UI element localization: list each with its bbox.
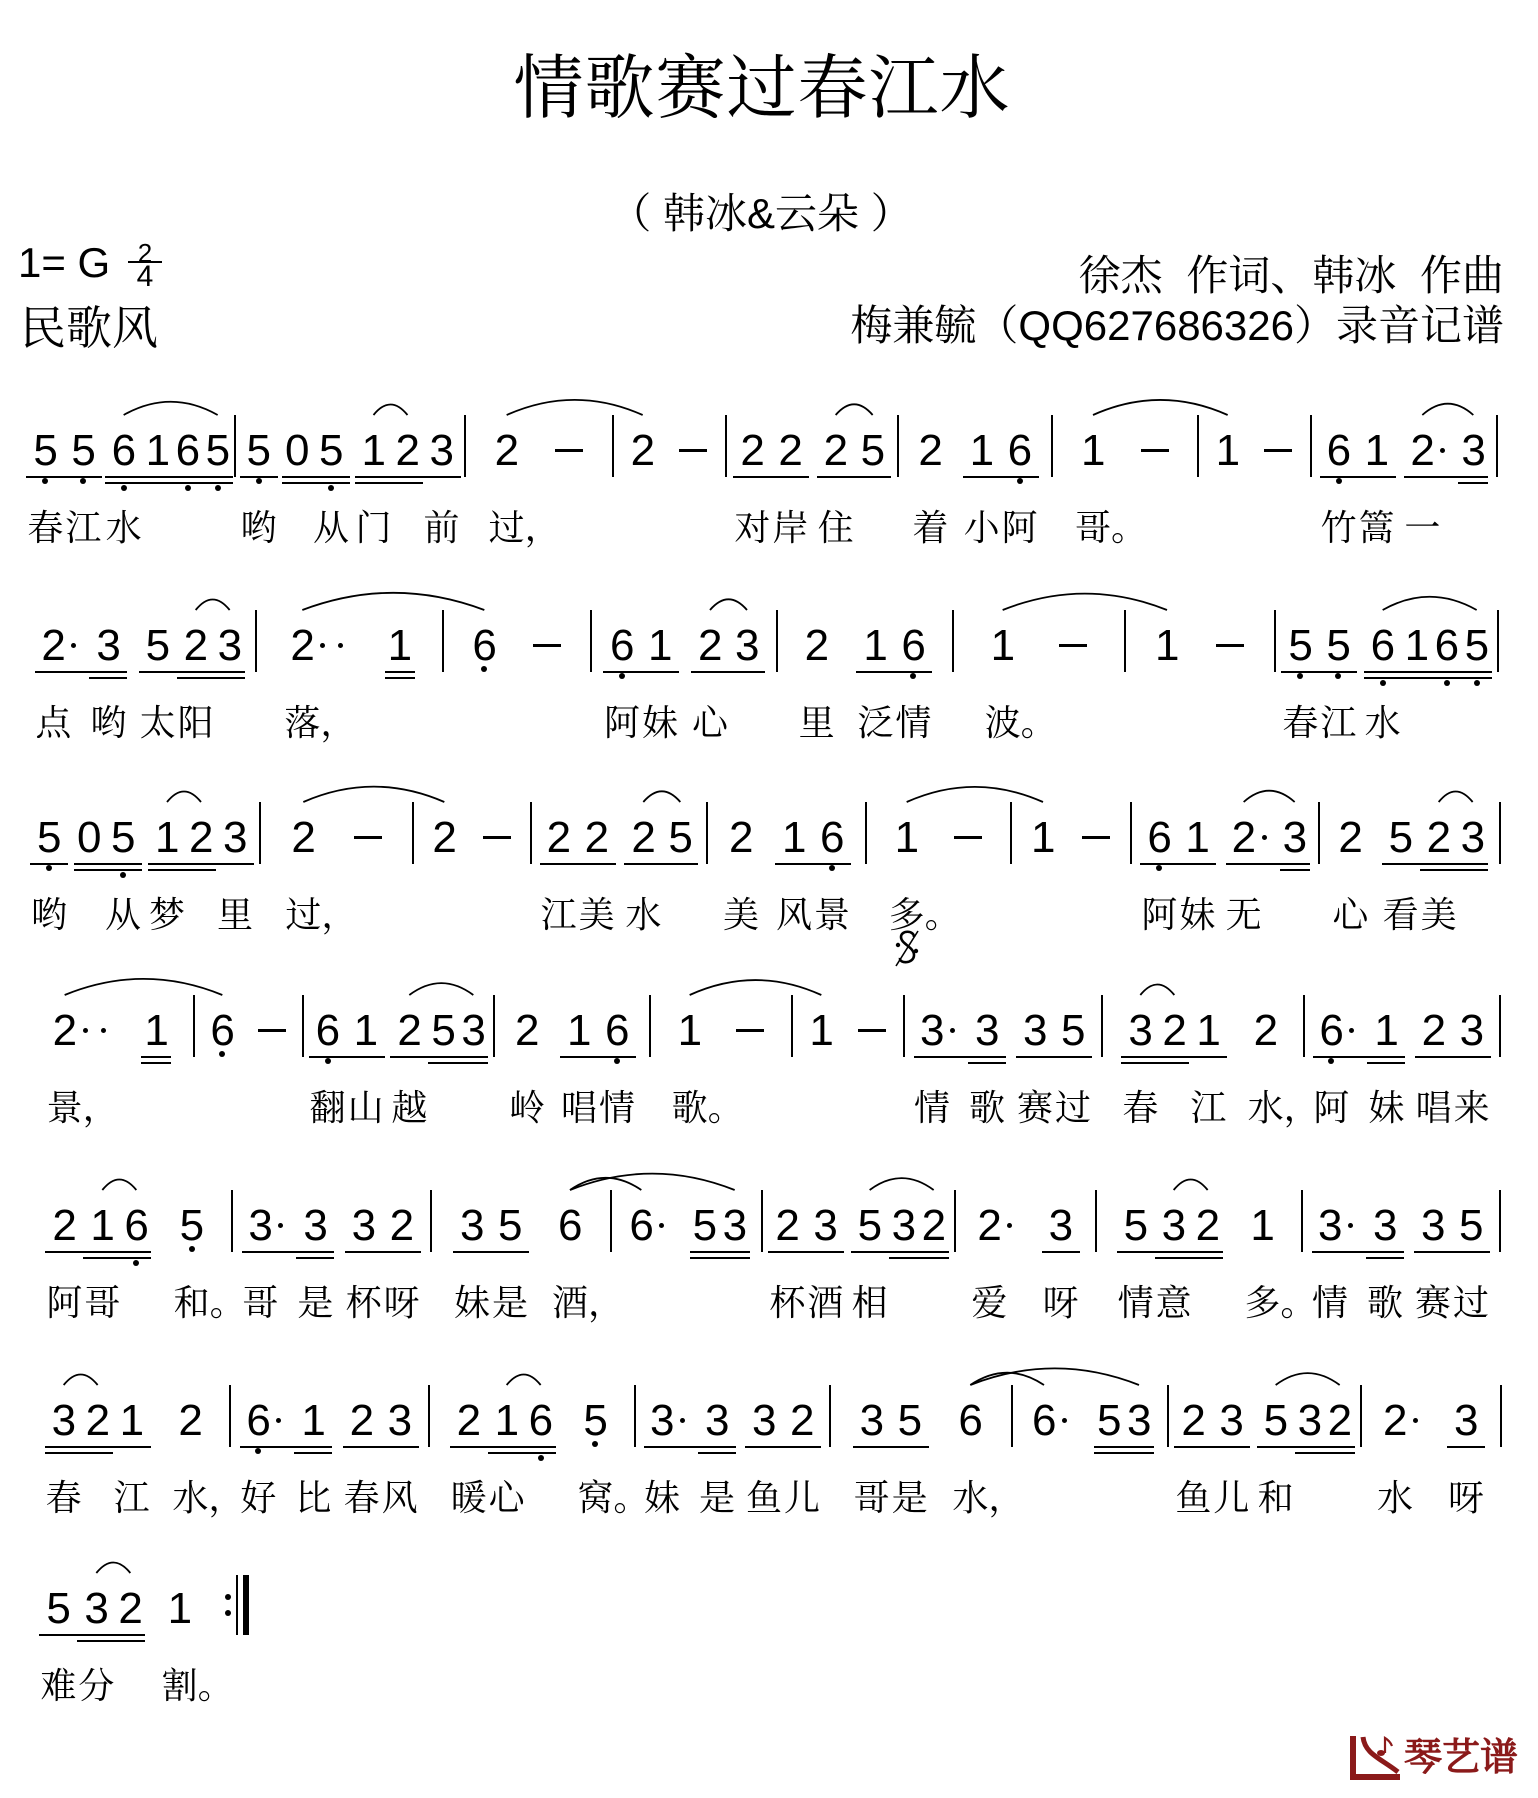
beat-group: 1哥。 bbox=[1074, 429, 1112, 473]
lyric: 阳 bbox=[178, 705, 214, 741]
beat-group: 5窝。 bbox=[576, 1399, 614, 1443]
note-digit: 3 bbox=[920, 1009, 944, 1053]
beat-group: 2对2岸 bbox=[733, 429, 809, 473]
lyric: 鱼 bbox=[746, 1480, 782, 1516]
note-digit: 1 bbox=[782, 816, 806, 860]
measure: 5春5江6水165 bbox=[1275, 624, 1498, 668]
note-head: 5哟 bbox=[247, 429, 271, 473]
note-digit: 2 bbox=[432, 816, 456, 860]
note: 6 bbox=[526, 1399, 556, 1443]
note-head: 5 bbox=[1097, 1399, 1121, 1443]
note: 5相 bbox=[851, 1204, 889, 1248]
note-head: 3来 bbox=[1460, 1009, 1484, 1053]
note-digit: 3 bbox=[1373, 1204, 1397, 1248]
lyric: 波。 bbox=[985, 705, 1057, 741]
note-head: 1 bbox=[144, 1009, 168, 1053]
note-head: 2点 bbox=[41, 624, 65, 668]
note: 5过 bbox=[1452, 1204, 1490, 1248]
note-digit: 5 bbox=[247, 429, 271, 473]
lyric: 阿 bbox=[604, 705, 640, 741]
note-head: 2岭 bbox=[515, 1009, 539, 1053]
beat-group: 3哥3是 bbox=[242, 1204, 334, 1248]
note: 6阿 bbox=[1140, 816, 1178, 860]
note-digit: 2 bbox=[291, 816, 315, 860]
note-head: 1妹 bbox=[1374, 1009, 1398, 1053]
note: 5和。 bbox=[173, 1204, 211, 1248]
beat-group: 05从 bbox=[282, 429, 350, 473]
note-head: 6水 bbox=[112, 429, 136, 473]
beat-group: 2无3 bbox=[1226, 816, 1310, 860]
lyric: 泛 bbox=[857, 705, 893, 741]
note: 5哟 bbox=[240, 429, 278, 473]
note: 1比 bbox=[294, 1399, 332, 1443]
note: 2对 bbox=[733, 429, 771, 473]
note-digit: 1 bbox=[648, 624, 672, 668]
note-head: 1梦 bbox=[155, 816, 179, 860]
note-head: 1哥 bbox=[90, 1204, 114, 1248]
note-digit: 3 bbox=[352, 1204, 376, 1248]
note: 2 bbox=[83, 1399, 113, 1443]
lyric: 阿 bbox=[1313, 1090, 1349, 1126]
measure: 2点3哟5太2阳3 bbox=[24, 624, 256, 668]
note-digit: 5 bbox=[668, 816, 692, 860]
note-digit: 2 bbox=[1328, 1399, 1352, 1443]
note-head: 3杯 bbox=[352, 1204, 376, 1248]
note: 3 bbox=[1458, 816, 1488, 860]
note: 6好 bbox=[240, 1399, 294, 1443]
note: 3鱼 bbox=[745, 1399, 783, 1443]
note: 3是 bbox=[296, 1204, 334, 1248]
beat-group: 1 bbox=[1149, 624, 1185, 668]
measure: 5情3意21多。 bbox=[1096, 1204, 1302, 1248]
note: 2越 bbox=[390, 1009, 428, 1053]
note-head: 6水， bbox=[958, 1399, 982, 1443]
beat-group: 1割。 bbox=[161, 1587, 199, 1631]
lyric: 是 bbox=[699, 1480, 735, 1516]
augmentation-dot bbox=[1434, 429, 1452, 473]
lyric: 江 bbox=[541, 897, 577, 933]
low-octave-dot bbox=[910, 673, 916, 679]
extension-dash: - bbox=[1209, 624, 1251, 668]
extension-dash: - bbox=[1134, 429, 1176, 473]
note-digit: 6 bbox=[1008, 429, 1032, 473]
note-digit: 6 bbox=[629, 1204, 653, 1248]
note-head: 2水， bbox=[178, 1399, 202, 1443]
lyric: 水 bbox=[106, 510, 142, 546]
measure: 5哟05从1梦23里 bbox=[24, 816, 260, 860]
note: 2水， bbox=[171, 1399, 209, 1443]
lyric: 里 bbox=[217, 897, 253, 933]
note: 3 bbox=[1124, 1399, 1154, 1443]
note: 1篙 bbox=[1358, 429, 1396, 473]
lyric: 太 bbox=[140, 705, 176, 741]
note-digit: 1 bbox=[90, 1204, 114, 1248]
note-head: 2过， bbox=[495, 429, 519, 473]
note-digit: 2 bbox=[189, 816, 213, 860]
note-digit: 3 bbox=[650, 1399, 674, 1443]
note-head: 6 bbox=[629, 1204, 653, 1248]
watermark-text: 琴艺谱 bbox=[1404, 1736, 1518, 1780]
note: 3来 bbox=[1453, 1009, 1491, 1053]
beat-group: 2阿1哥6 bbox=[45, 1204, 151, 1248]
beat-group: - bbox=[1134, 429, 1176, 473]
note-digit: 3 bbox=[223, 816, 247, 860]
note-digit: 6 bbox=[176, 429, 200, 473]
lyric: 儿 bbox=[1213, 1480, 1249, 1516]
note: 3哟 bbox=[89, 624, 127, 668]
note: 3酒 bbox=[806, 1204, 844, 1248]
repeat-dot bbox=[225, 1594, 231, 1600]
note-head: 5看 bbox=[1389, 816, 1413, 860]
lyric: 哟 bbox=[31, 897, 67, 933]
measure: 1多。- bbox=[866, 816, 1011, 860]
beat-group: 1多。 bbox=[888, 816, 926, 860]
note-head: 2 bbox=[631, 429, 655, 473]
note: 6 bbox=[623, 1204, 677, 1248]
note-digit: 1 bbox=[1185, 816, 1209, 860]
note-head: 6竹 bbox=[1327, 429, 1351, 473]
note-head: 5过 bbox=[1061, 1009, 1085, 1053]
lyric: 情 bbox=[1118, 1285, 1154, 1321]
low-octave-dot bbox=[189, 1246, 195, 1252]
lyric: 风 bbox=[382, 1480, 418, 1516]
note-head: 2心 bbox=[698, 624, 722, 668]
beat-group: 2暖1心6 bbox=[450, 1399, 556, 1443]
augmentation-dot bbox=[1342, 1204, 1360, 1248]
note-digit: 3 bbox=[1023, 1009, 1047, 1053]
low-octave-dot bbox=[255, 1448, 261, 1454]
note-digit: 3 bbox=[1128, 1009, 1152, 1053]
note: 3情 bbox=[1312, 1204, 1366, 1248]
note-head: 1 bbox=[1031, 816, 1055, 860]
note: 1风 bbox=[775, 816, 813, 860]
note-digit: 1 bbox=[1405, 624, 1429, 668]
note-head: 1哥。 bbox=[1081, 429, 1105, 473]
note-digit: 2 bbox=[1427, 816, 1451, 860]
note: 1哥 bbox=[83, 1204, 121, 1248]
note-head: 1江 bbox=[1196, 1009, 1220, 1053]
note: 1 bbox=[1210, 429, 1246, 473]
note-digit: 2 bbox=[1196, 1204, 1220, 1248]
lyric: 呀 bbox=[384, 1285, 420, 1321]
measure: 2杯3酒5相32 bbox=[762, 1204, 955, 1248]
low-octave-dot bbox=[619, 673, 625, 679]
note-head: 5太 bbox=[146, 624, 170, 668]
note-digit: 6 bbox=[820, 816, 844, 860]
lyric: 岭 bbox=[509, 1090, 545, 1126]
beat-group: 1唱6情 bbox=[560, 1009, 636, 1053]
measure: 6- bbox=[194, 1009, 303, 1053]
barline bbox=[1496, 415, 1498, 477]
note-head: 0 bbox=[285, 429, 309, 473]
note-digit: 2 bbox=[824, 429, 848, 473]
note-head: 6翻 bbox=[316, 1009, 340, 1053]
beat-group: 5太2阳3 bbox=[139, 624, 245, 668]
beat-group: 1泛6情 bbox=[856, 624, 932, 668]
beat-group: 5相32 bbox=[851, 1204, 949, 1248]
note-digit: 6 bbox=[558, 1204, 582, 1248]
note-digit: 1 bbox=[1374, 1009, 1398, 1053]
note-head: 6阿 bbox=[1147, 816, 1171, 860]
note-digit: 1 bbox=[144, 1009, 168, 1053]
beat-group: 2岭 bbox=[508, 1009, 546, 1053]
note-digit: 6 bbox=[210, 1009, 234, 1053]
note-digit: 5 bbox=[1389, 816, 1413, 860]
note: 6竹 bbox=[1320, 429, 1358, 473]
lyric: 歌 bbox=[1367, 1285, 1403, 1321]
note-head: 2 bbox=[1162, 1009, 1186, 1053]
note-head: 5从 bbox=[319, 429, 343, 473]
beat-group: 1门23前 bbox=[355, 429, 461, 473]
note: 2无 bbox=[1226, 816, 1280, 860]
note-head: 5春 bbox=[1288, 624, 1312, 668]
lyric: 江 bbox=[114, 1480, 150, 1516]
lyric: 春 bbox=[27, 510, 63, 546]
beat-group: 6阿1妹 bbox=[603, 624, 679, 668]
note: 1小 bbox=[963, 429, 1001, 473]
measure: 2岭1唱6情 bbox=[494, 1009, 650, 1053]
note-head: 2阿 bbox=[52, 1204, 76, 1248]
note-digit: 6 bbox=[605, 1009, 629, 1053]
lyric: 点 bbox=[35, 705, 71, 741]
note-digit: 2 bbox=[86, 1399, 110, 1443]
note-head: 3赛 bbox=[1421, 1204, 1445, 1248]
note-digit: 1 bbox=[495, 1399, 519, 1443]
note-head: 1小 bbox=[970, 429, 994, 473]
staff-row: 5春5江6水1655哟05从1门23前2过，-2-2对2岸2住52着1小6阿1哥… bbox=[0, 429, 1538, 473]
note-head: 2阳 bbox=[184, 624, 208, 668]
beat-group: 2鱼3儿 bbox=[1174, 1399, 1250, 1443]
lyric: 越 bbox=[391, 1090, 427, 1126]
note-digit: 6 bbox=[1147, 816, 1171, 860]
note-digit: 6 bbox=[316, 1009, 340, 1053]
lyric: 唱 bbox=[1416, 1090, 1452, 1126]
note-head: 3 bbox=[1461, 429, 1485, 473]
note-head: 2对 bbox=[740, 429, 764, 473]
lyric: 春 bbox=[344, 1480, 380, 1516]
note-digit: 2 bbox=[729, 816, 753, 860]
beat-group: 2春3风 bbox=[343, 1399, 419, 1443]
note-digit: 2 bbox=[778, 429, 802, 473]
note: 6水 bbox=[1364, 624, 1402, 668]
lyric: 着 bbox=[912, 510, 948, 546]
lyric: 多。 bbox=[1244, 1285, 1316, 1321]
note-digit: 3 bbox=[723, 1204, 747, 1248]
lyric: 哥 bbox=[84, 1285, 120, 1321]
note-head: 5是 bbox=[498, 1204, 522, 1248]
beat-group: 2江2美 bbox=[540, 816, 616, 860]
beat-group: 2唱3来 bbox=[1415, 1009, 1491, 1053]
lyric: 来 bbox=[1454, 1090, 1490, 1126]
augmentation-dot bbox=[1056, 1399, 1074, 1443]
measure: 3情3歌3赛5过 bbox=[1302, 1204, 1500, 1248]
beat-group: 5和32 bbox=[1257, 1399, 1355, 1443]
note-head: 1 bbox=[388, 624, 412, 668]
note: 5 bbox=[203, 429, 233, 473]
note-head: 3妹 bbox=[460, 1204, 484, 1248]
lyric: 梦 bbox=[149, 897, 185, 933]
beat-group: 6阿1妹 bbox=[1313, 1009, 1405, 1053]
beat-group: - bbox=[1209, 624, 1251, 668]
lyric: 爱 bbox=[971, 1285, 1007, 1321]
note-head: 1 bbox=[1155, 624, 1179, 668]
note: 2水 bbox=[1377, 1399, 1431, 1443]
beat-group: 6好1比 bbox=[240, 1399, 332, 1443]
lyric: 情 bbox=[895, 705, 931, 741]
note-head: 3情 bbox=[920, 1009, 944, 1053]
measure: 2落，1 bbox=[256, 624, 443, 668]
lyric: 赛 bbox=[1415, 1285, 1451, 1321]
note-head: 6情 bbox=[605, 1009, 629, 1053]
note-head: 2住 bbox=[824, 429, 848, 473]
low-octave-dot bbox=[325, 1058, 331, 1064]
lyric: 风 bbox=[776, 897, 812, 933]
note-head: 5情 bbox=[1124, 1204, 1148, 1248]
note-head: 3 bbox=[735, 624, 759, 668]
lyric: 情 bbox=[914, 1090, 950, 1126]
measure: 2心5看2美3 bbox=[1319, 816, 1500, 860]
low-octave-dot bbox=[120, 872, 126, 878]
note: 6 bbox=[121, 1204, 151, 1248]
staff-row: 3春21江2水，6好1比2春3风2暖1心65窝。3妹3是3鱼2儿3哥5是6水，6… bbox=[0, 1399, 1538, 1443]
lyric: 歌 bbox=[969, 1090, 1005, 1126]
lyric: 情 bbox=[599, 1090, 635, 1126]
measure: 2鱼3儿5和32 bbox=[1168, 1399, 1361, 1443]
note-digit: 3 bbox=[1454, 1399, 1478, 1443]
note-digit: 3 bbox=[303, 1204, 327, 1248]
beat-group: 3春21江 bbox=[45, 1399, 151, 1443]
lyric: 分 bbox=[78, 1668, 114, 1704]
note-digit: 0 bbox=[285, 429, 309, 473]
note: 5 bbox=[662, 816, 698, 860]
note-digit: 6 bbox=[958, 1399, 982, 1443]
note: 1妹 bbox=[641, 624, 679, 668]
note-digit: 5 bbox=[583, 1399, 607, 1443]
note-head: 2 bbox=[1196, 1204, 1220, 1248]
beat-group: 1 bbox=[385, 624, 415, 668]
note: 2美 bbox=[578, 816, 616, 860]
note-head: 6 bbox=[1435, 624, 1459, 668]
note: 2 bbox=[1325, 1399, 1355, 1443]
beat-group: 1多。 bbox=[1243, 1204, 1281, 1248]
note-digit: 2 bbox=[1422, 1009, 1446, 1053]
note-head: 5 bbox=[668, 816, 692, 860]
note: 6阿 bbox=[1313, 1009, 1367, 1053]
measure: 2阿1哥65和。 bbox=[24, 1204, 232, 1248]
note-head: 1多。 bbox=[895, 816, 919, 860]
note-head: 2 bbox=[396, 429, 420, 473]
note-head: 1 bbox=[1405, 624, 1429, 668]
note: 2江 bbox=[540, 816, 578, 860]
note: 3分 bbox=[77, 1587, 115, 1631]
note-digit: 6 bbox=[1371, 624, 1395, 668]
measure: 2- bbox=[613, 429, 726, 473]
measure: 2美1风6景 bbox=[707, 816, 866, 860]
augmentation-dot bbox=[332, 624, 350, 668]
beat-group: 5看2美3 bbox=[1382, 816, 1488, 860]
measure: 2过，- bbox=[465, 429, 613, 473]
beat-group: 5春5江 bbox=[26, 429, 102, 473]
note: 1哥。 bbox=[1074, 429, 1112, 473]
note: 2水 bbox=[624, 816, 662, 860]
note-digit: 2 bbox=[1162, 1009, 1186, 1053]
note: 3呀 bbox=[1447, 1399, 1485, 1443]
beat-group: - bbox=[347, 816, 389, 860]
note: 1歌。 bbox=[671, 1009, 709, 1053]
note-head: 1 bbox=[809, 1009, 833, 1053]
lyric: 水， bbox=[1248, 1090, 1320, 1126]
lyric: 从 bbox=[313, 510, 349, 546]
note: 2阳 bbox=[177, 624, 215, 668]
note-digit: 3 bbox=[1283, 816, 1307, 860]
extension-dash: - bbox=[548, 429, 590, 473]
beat-group: 5和。 bbox=[173, 1204, 211, 1248]
barline bbox=[1499, 1190, 1501, 1252]
low-octave-dot bbox=[328, 485, 334, 491]
note-head: 3春 bbox=[52, 1399, 76, 1443]
note-digit: 1 bbox=[1250, 1204, 1274, 1248]
barline bbox=[1500, 1385, 1502, 1447]
measure: 2暖1心65窝。 bbox=[429, 1399, 635, 1443]
note: 1 bbox=[143, 429, 173, 473]
lyric: 意 bbox=[1156, 1285, 1192, 1321]
note: 3 bbox=[729, 624, 765, 668]
measure: 1- bbox=[1011, 816, 1131, 860]
low-octave-dot bbox=[1156, 865, 1162, 871]
measure: 3春21江2水， bbox=[24, 1399, 230, 1443]
note-head: 6情 bbox=[901, 624, 925, 668]
note-digit: 1 bbox=[301, 1399, 325, 1443]
augmentation-dot bbox=[653, 1204, 671, 1248]
note-head: 2美 bbox=[729, 816, 753, 860]
lyric: 呀 bbox=[1043, 1285, 1079, 1321]
note-head: 5 bbox=[1465, 624, 1489, 668]
note: 6情 bbox=[598, 1009, 636, 1053]
lyric: 门 bbox=[356, 510, 392, 546]
note-head: 2美 bbox=[1427, 816, 1451, 860]
note-head: 3前 bbox=[430, 429, 454, 473]
augmentation-dot bbox=[272, 1204, 290, 1248]
beat-group: 1波。 bbox=[984, 624, 1022, 668]
measure: 1- bbox=[1125, 624, 1275, 668]
note: 3歌 bbox=[1366, 1204, 1404, 1248]
beat-group: 3赛5过 bbox=[1414, 1204, 1490, 1248]
extension-dash: - bbox=[526, 624, 568, 668]
note-head: 2 bbox=[86, 1399, 110, 1443]
note: 1多。 bbox=[1243, 1204, 1281, 1248]
lyric: 水， bbox=[172, 1480, 244, 1516]
note-head: 1篙 bbox=[1365, 429, 1389, 473]
segno-icon bbox=[893, 928, 921, 968]
note-digit: 1 bbox=[970, 429, 994, 473]
note: 2春 bbox=[343, 1399, 381, 1443]
note: 5从 bbox=[312, 429, 350, 473]
note-head: 3呀 bbox=[1454, 1399, 1478, 1443]
beat-group: - bbox=[851, 1009, 893, 1053]
note: 2心 bbox=[691, 624, 729, 668]
note-head: 6景 bbox=[820, 816, 844, 860]
note: 3 bbox=[458, 1009, 488, 1053]
note: 1妹 bbox=[1178, 816, 1216, 860]
beat-group: 3鱼2儿 bbox=[745, 1399, 821, 1443]
note: 3歌 bbox=[968, 1009, 1006, 1053]
repeat-thick-barline bbox=[243, 1575, 249, 1635]
note: 3意 bbox=[1155, 1204, 1193, 1248]
note: 3赛 bbox=[1016, 1009, 1054, 1053]
note: 5从 bbox=[104, 816, 142, 860]
beat-group: 1 bbox=[803, 1009, 839, 1053]
note: 3儿 bbox=[1212, 1399, 1250, 1443]
